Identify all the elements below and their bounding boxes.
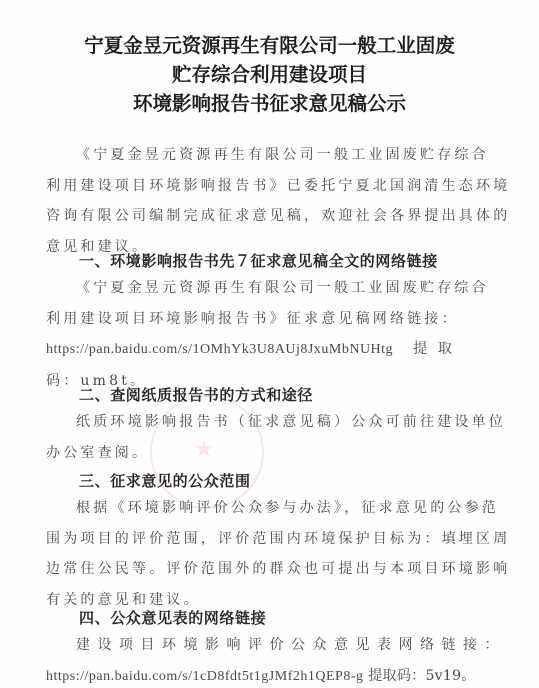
intro-line-2: 利用建设项目环境影响报告书》已委托宁夏北国润清生态环境: [46, 171, 494, 202]
section-4-body: 建设项目环境影响评价公众意见表网络链接： https://pan.baidu.c…: [46, 630, 494, 688]
document-title: 宁夏金昱元资源再生有限公司一般工业固废 贮存综合利用建设项目 环境影响报告书征求…: [0, 31, 539, 118]
section-3-line-2: 围为项目的评价范围，评价范围内环境保护目标为：填埋区周: [46, 524, 494, 555]
section-1-line-1: 《宁夏金昱元资源再生有限公司一般工业固废贮存综合: [46, 273, 494, 304]
section-1-heading: 一、环境影响报告书先７征求意见稿全文的网络链接: [79, 250, 438, 271]
document-page: ★ 宁夏金昱元资源再生有限公司一般工业固废 贮存综合利用建设项目 环境影响报告书…: [0, 0, 539, 688]
title-line-3: 环境影响报告书征求意见稿公示: [0, 89, 539, 118]
opinion-form-extract-code: 提取码：5v19。: [368, 668, 475, 684]
intro-line-1: 《宁夏金昱元资源再生有限公司一般工业固废贮存综合: [46, 140, 494, 171]
title-line-1: 宁夏金昱元资源再生有限公司一般工业固废: [0, 31, 539, 60]
section-2-heading: 二、查阅纸质报告书的方式和途径: [79, 384, 313, 405]
section-3-body: 根据《环境影响评价公众参与办法》，征求意见的公参范 围为项目的评价范围，评价范围…: [46, 493, 494, 615]
section-1-link-line: https://pan.baidu.com/s/1OMhYk3U8AUj8Jxu…: [46, 334, 494, 366]
extract-code-label: 提 取: [413, 341, 455, 357]
title-line-2: 贮存综合利用建设项目: [0, 60, 539, 89]
section-3-line-1: 根据《环境影响评价公众参与办法》，征求意见的公参范: [46, 493, 494, 524]
section-4-line-1: 建设项目环境影响评价公众意见表网络链接：: [46, 630, 494, 661]
section-2-line-2: 办公室查阅。: [46, 438, 494, 469]
section-4-heading: 四、公众意见表的网络链接: [79, 607, 266, 628]
section-3-line-3: 边常住公民等。评价范围外的群众也可提出与本项目环境影响: [46, 554, 494, 585]
report-download-link[interactable]: https://pan.baidu.com/s/1OMhYk3U8AUj8Jxu…: [46, 342, 393, 357]
section-2-line-1: 纸质环境影响报告书（征求意见稿）公众可前往建设单位: [46, 407, 494, 438]
section-1-body: 《宁夏金昱元资源再生有限公司一般工业固废贮存综合 利用建设项目环境影响报告书》征…: [46, 273, 494, 396]
section-2-body: 纸质环境影响报告书（征求意见稿）公众可前往建设单位 办公室查阅。: [46, 407, 494, 468]
section-4-link-line: https://pan.baidu.com/s/1cD8fdt5t1gJMf2h…: [46, 661, 494, 688]
section-1-line-2: 利用建设项目环境影响报告书》征求意见稿网络链接：: [46, 304, 494, 335]
section-3-heading: 三、征求意见的公众范围: [79, 470, 251, 491]
opinion-form-link[interactable]: https://pan.baidu.com/s/1cD8fdt5t1gJMf2h…: [46, 669, 363, 684]
intro-paragraph: 《宁夏金昱元资源再生有限公司一般工业固废贮存综合 利用建设项目环境影响报告书》已…: [46, 140, 494, 262]
intro-line-3: 咨询有限公司编制完成征求意见稿，欢迎社会各界提出具体的: [46, 201, 494, 232]
